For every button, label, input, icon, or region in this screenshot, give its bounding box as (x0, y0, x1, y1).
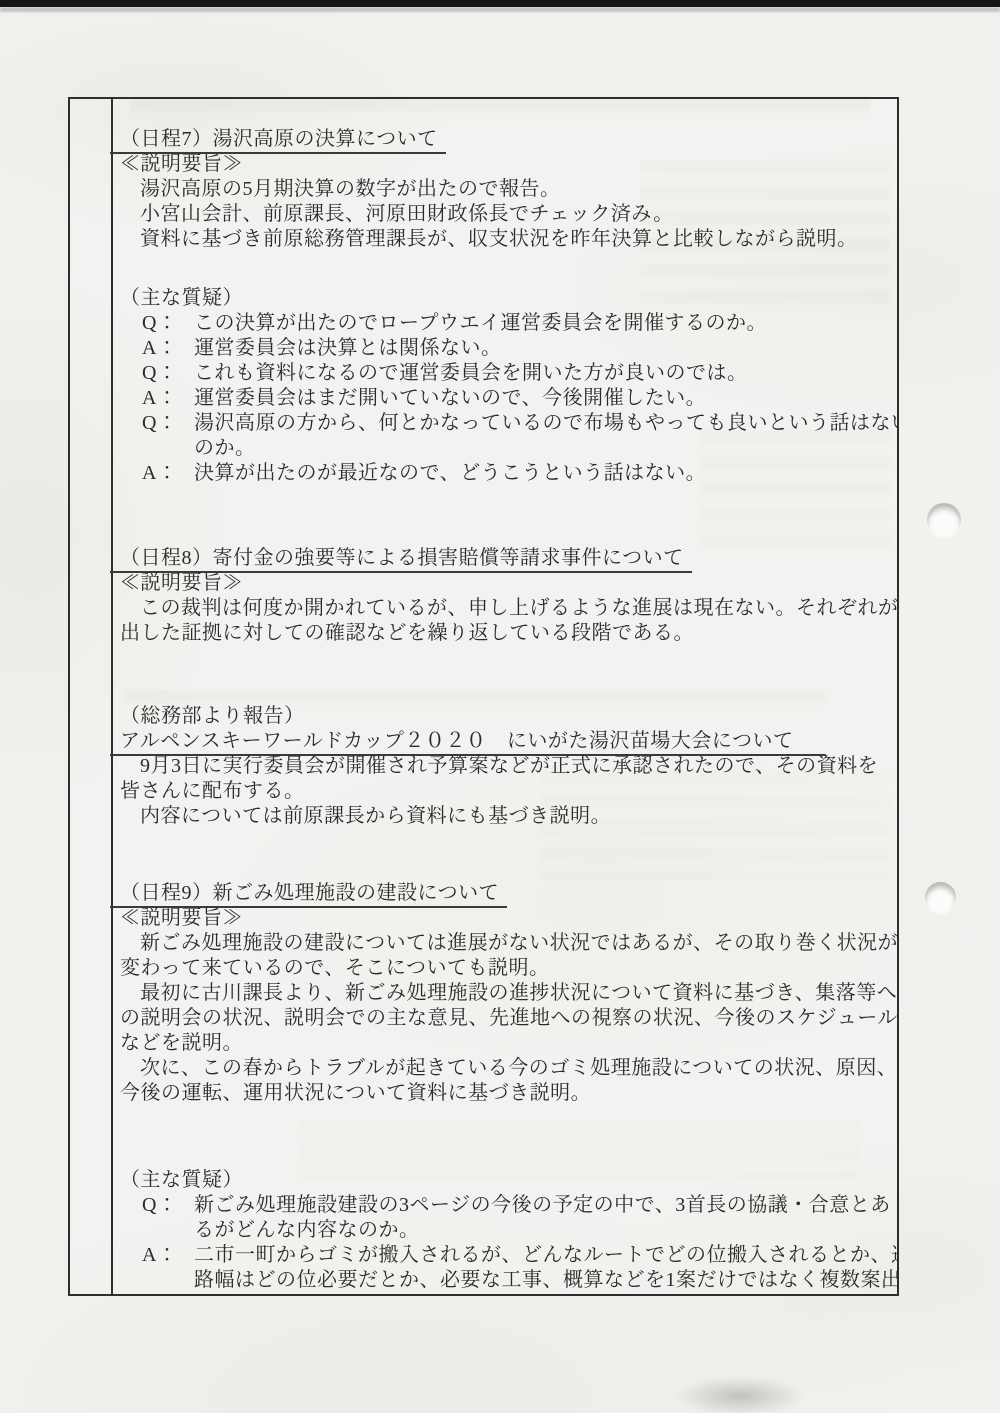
section-heading: （日程9）新ごみ処理施設の建設について (120, 881, 891, 906)
text-line: などを説明。 (120, 1031, 891, 1056)
qa-text: 新ごみ処理施設建設の3ページの今後の予定の中で、3首長の協議・合意とあ (194, 1194, 891, 1216)
text-line: 最初に古川課長より、新ごみ処理施設の進捗状況について資料に基づき、集落等へ (120, 981, 891, 1006)
scanned-page: { "colors":{"paper":"#f1f1ee","ink":"#2b… (0, 0, 1000, 1413)
qa-text: この決算が出たのでロープウエイ運営委員会を開催するのか。 (194, 312, 767, 334)
section-heading: アルペンスキーワールドカップ２０２０ にいがた湯沢苗場大会について (120, 729, 891, 754)
qa-line: A：二市一町からゴミが搬入されるが、どんなルートでどの位搬入されるとか、道 (142, 1243, 891, 1268)
qa-line-continuation: のか。 (194, 436, 891, 461)
section-label: （主な質疑） (120, 286, 891, 311)
text-line: この裁判は何度か開かれているが、申し上げるような進展は現在ない。それぞれが (120, 596, 891, 621)
qa-line: Q：これも資料になるので運営委員会を開いた方が良いのでは。 (142, 361, 891, 386)
qa-line-continuation: 路幅はどの位必要だとか、必要な工事、概算などを1案だけではなく複数案出 (194, 1268, 891, 1293)
section-heading: （日程7）湯沢高原の決算について (120, 127, 891, 152)
text-line: の説明会の状況、説明会での主な意見、先進地への視察の状況、今後のスケジュール (120, 1006, 891, 1031)
qa-speaker: A： (142, 386, 194, 411)
qa-text: 運営委員会は決算とは関係ない。 (194, 337, 502, 359)
hole-punch-bottom (925, 882, 956, 913)
qa-text: これも資料になるので運営委員会を開いた方が良いのでは。 (194, 362, 748, 384)
text-line: 9月3日に実行委員会が開催され予算案などが正式に承認されたので、その資料を (120, 754, 891, 779)
qa-speaker: Q： (142, 311, 194, 336)
text-line: 小宮山会計、前原課長、河原田財政係長でチェック済み。 (120, 202, 891, 227)
qa-speaker: Q： (142, 361, 194, 386)
section-heading-text: （日程7）湯沢高原の決算について (110, 128, 446, 154)
qa-line: A：決算が出たのが最近なので、どうこうという話はない。 (142, 461, 891, 486)
document-body: （日程7）湯沢高原の決算について≪説明要旨≫湯沢高原の5月期決算の数字が出たので… (70, 99, 897, 1294)
scan-edge-shadow (0, 7, 1000, 12)
text-line: 内容については前原課長から資料にも基づき説明。 (120, 804, 891, 829)
section-label: ≪説明要旨≫ (120, 906, 891, 931)
qa-line: Q：新ごみ処理施設建設の3ページの今後の予定の中で、3首長の協議・合意とあ (142, 1193, 891, 1218)
text-line: 次に、この春からトラブルが起きている今のゴミ処理施設についての状況、原因、 (120, 1056, 891, 1081)
line-gap (120, 829, 891, 881)
text-line: 新ごみ処理施設の建設については進展がない状況ではあるが、その取り巻く状況が (120, 931, 891, 956)
page-frame: （日程7）湯沢高原の決算について≪説明要旨≫湯沢高原の5月期決算の数字が出たので… (68, 97, 899, 1296)
section-heading: （日程8）寄付金の強要等による損害賠償等請求事件について (120, 546, 891, 571)
qa-line: Q：この決算が出たのでロープウエイ運営委員会を開催するのか。 (142, 311, 891, 336)
line-gap (120, 252, 891, 286)
text-line: 資料に基づき前原総務管理課長が、収支状況を昨年決算と比較しながら説明。 (120, 227, 891, 252)
qa-line: A：運営委員会はまだ開いていないので、今後開催したい。 (142, 386, 891, 411)
text-line: 皆さんに配布する。 (120, 779, 891, 804)
section-label: （主な質疑） (120, 1168, 891, 1193)
qa-speaker: A： (142, 1243, 194, 1268)
line-gap (120, 486, 891, 546)
qa-speaker: Q： (142, 1193, 194, 1218)
line-gap (120, 1106, 891, 1168)
section-heading-text: アルペンスキーワールドカップ２０２０ にいがた湯沢苗場大会について (110, 730, 826, 756)
qa-text: 湯沢高原の方から、何とかなっているので布場もやっても良いという話はない (194, 412, 897, 434)
qa-line-continuation: るがどんな内容なのか。 (194, 1218, 891, 1243)
section-heading-text: （日程9）新ごみ処理施設の建設について (110, 882, 507, 908)
section-label: （総務部より報告） (120, 704, 891, 729)
section-label: ≪説明要旨≫ (120, 152, 891, 177)
text-line: 今後の運転、運用状況について資料に基づき説明。 (120, 1081, 891, 1106)
section-label: ≪説明要旨≫ (120, 571, 891, 596)
text-line: 出した証拠に対しての確認などを繰り返している段階である。 (120, 621, 891, 646)
qa-speaker: Q： (142, 411, 194, 436)
scan-edge-band (0, 0, 1000, 7)
section-heading-text: （日程8）寄付金の強要等による損害賠償等請求事件について (110, 547, 692, 573)
qa-text: 決算が出たのが最近なので、どうこうという話はない。 (194, 462, 706, 484)
qa-line: Q：湯沢高原の方から、何とかなっているので布場もやっても良いという話はない (142, 411, 891, 436)
qa-speaker: A： (142, 461, 194, 486)
qa-line: A：運営委員会は決算とは関係ない。 (142, 336, 891, 361)
text-line: 湯沢高原の5月期決算の数字が出たので報告。 (120, 177, 891, 202)
text-line: 変わって来ているので、そこについても説明。 (120, 956, 891, 981)
line-gap (120, 646, 891, 704)
qa-speaker: A： (142, 336, 194, 361)
qa-text: 運営委員会はまだ開いていないので、今後開催したい。 (194, 387, 706, 409)
qa-text: 二市一町からゴミが搬入されるが、どんなルートでどの位搬入されるとか、道 (194, 1244, 897, 1266)
hole-punch-top (927, 503, 961, 537)
